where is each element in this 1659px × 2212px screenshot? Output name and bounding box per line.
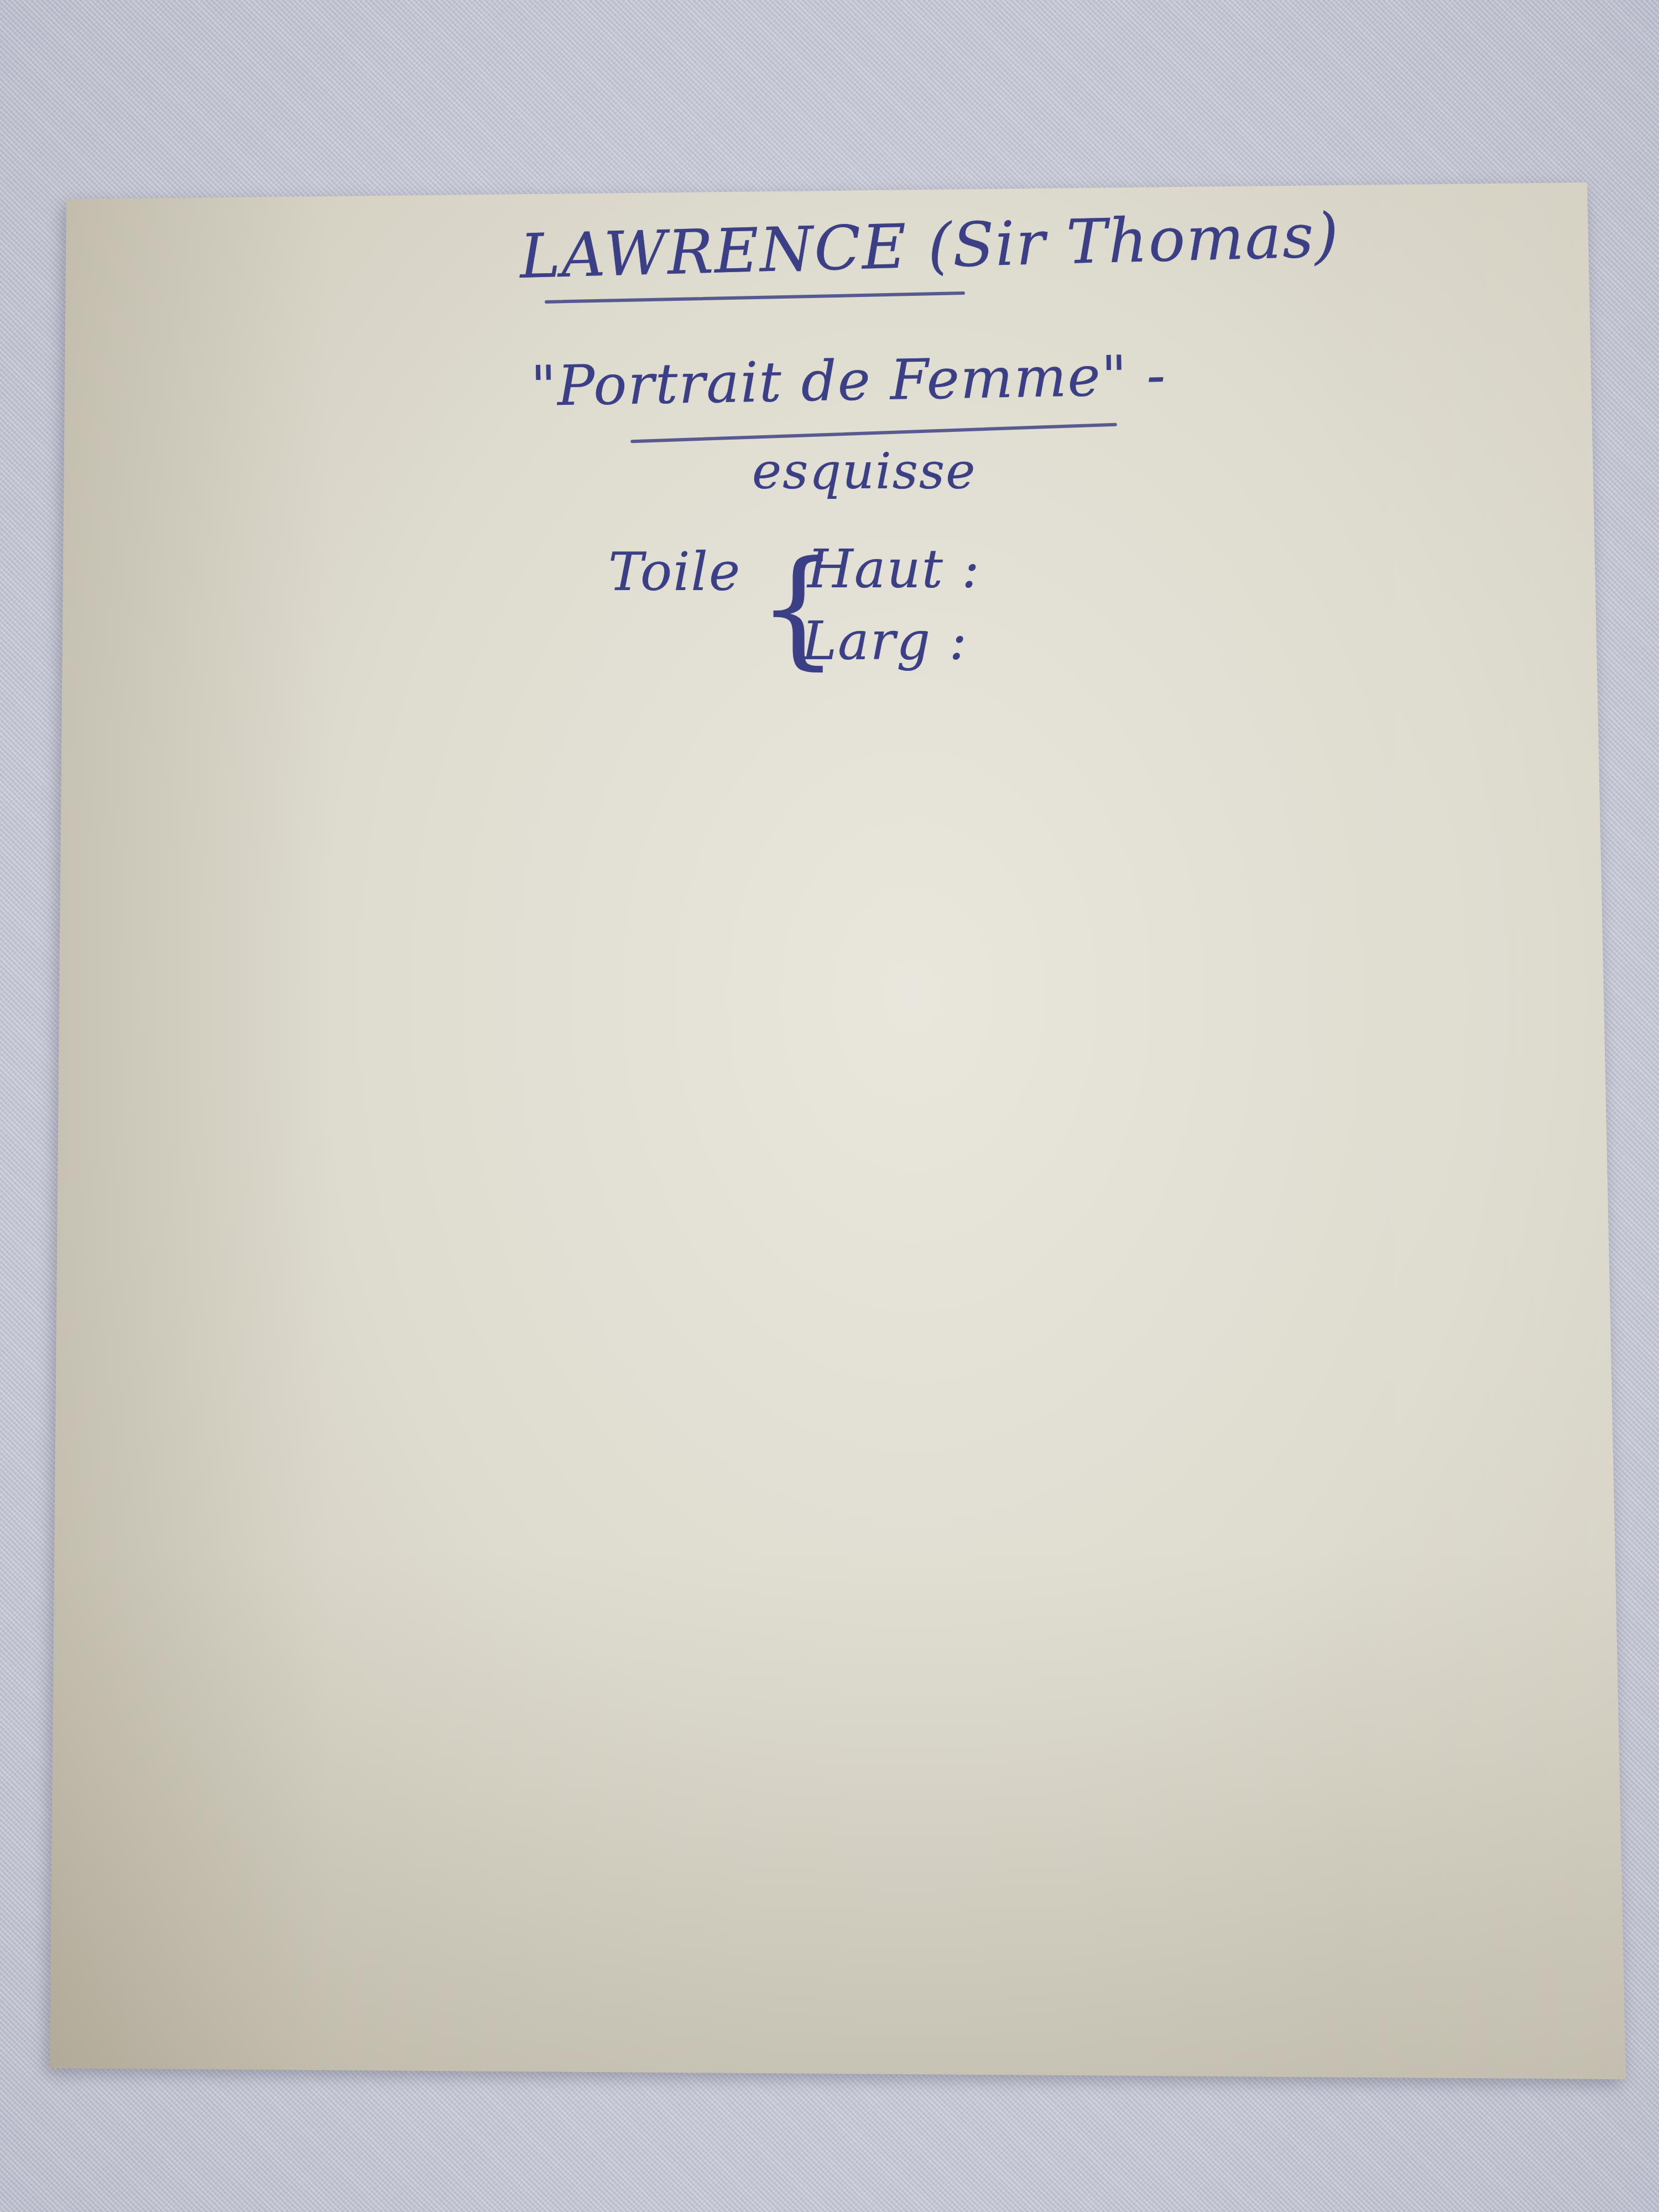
photo-card-back — [0, 0, 1659, 2212]
card-shading — [0, 0, 1659, 2212]
width-label: Larg : — [802, 611, 968, 672]
height-label: Haut : — [807, 539, 980, 600]
artwork-subtitle: esquisse — [752, 442, 976, 500]
artwork-title: "Portrait de Femme" - — [530, 343, 1167, 419]
medium-label: Toile — [608, 542, 741, 603]
